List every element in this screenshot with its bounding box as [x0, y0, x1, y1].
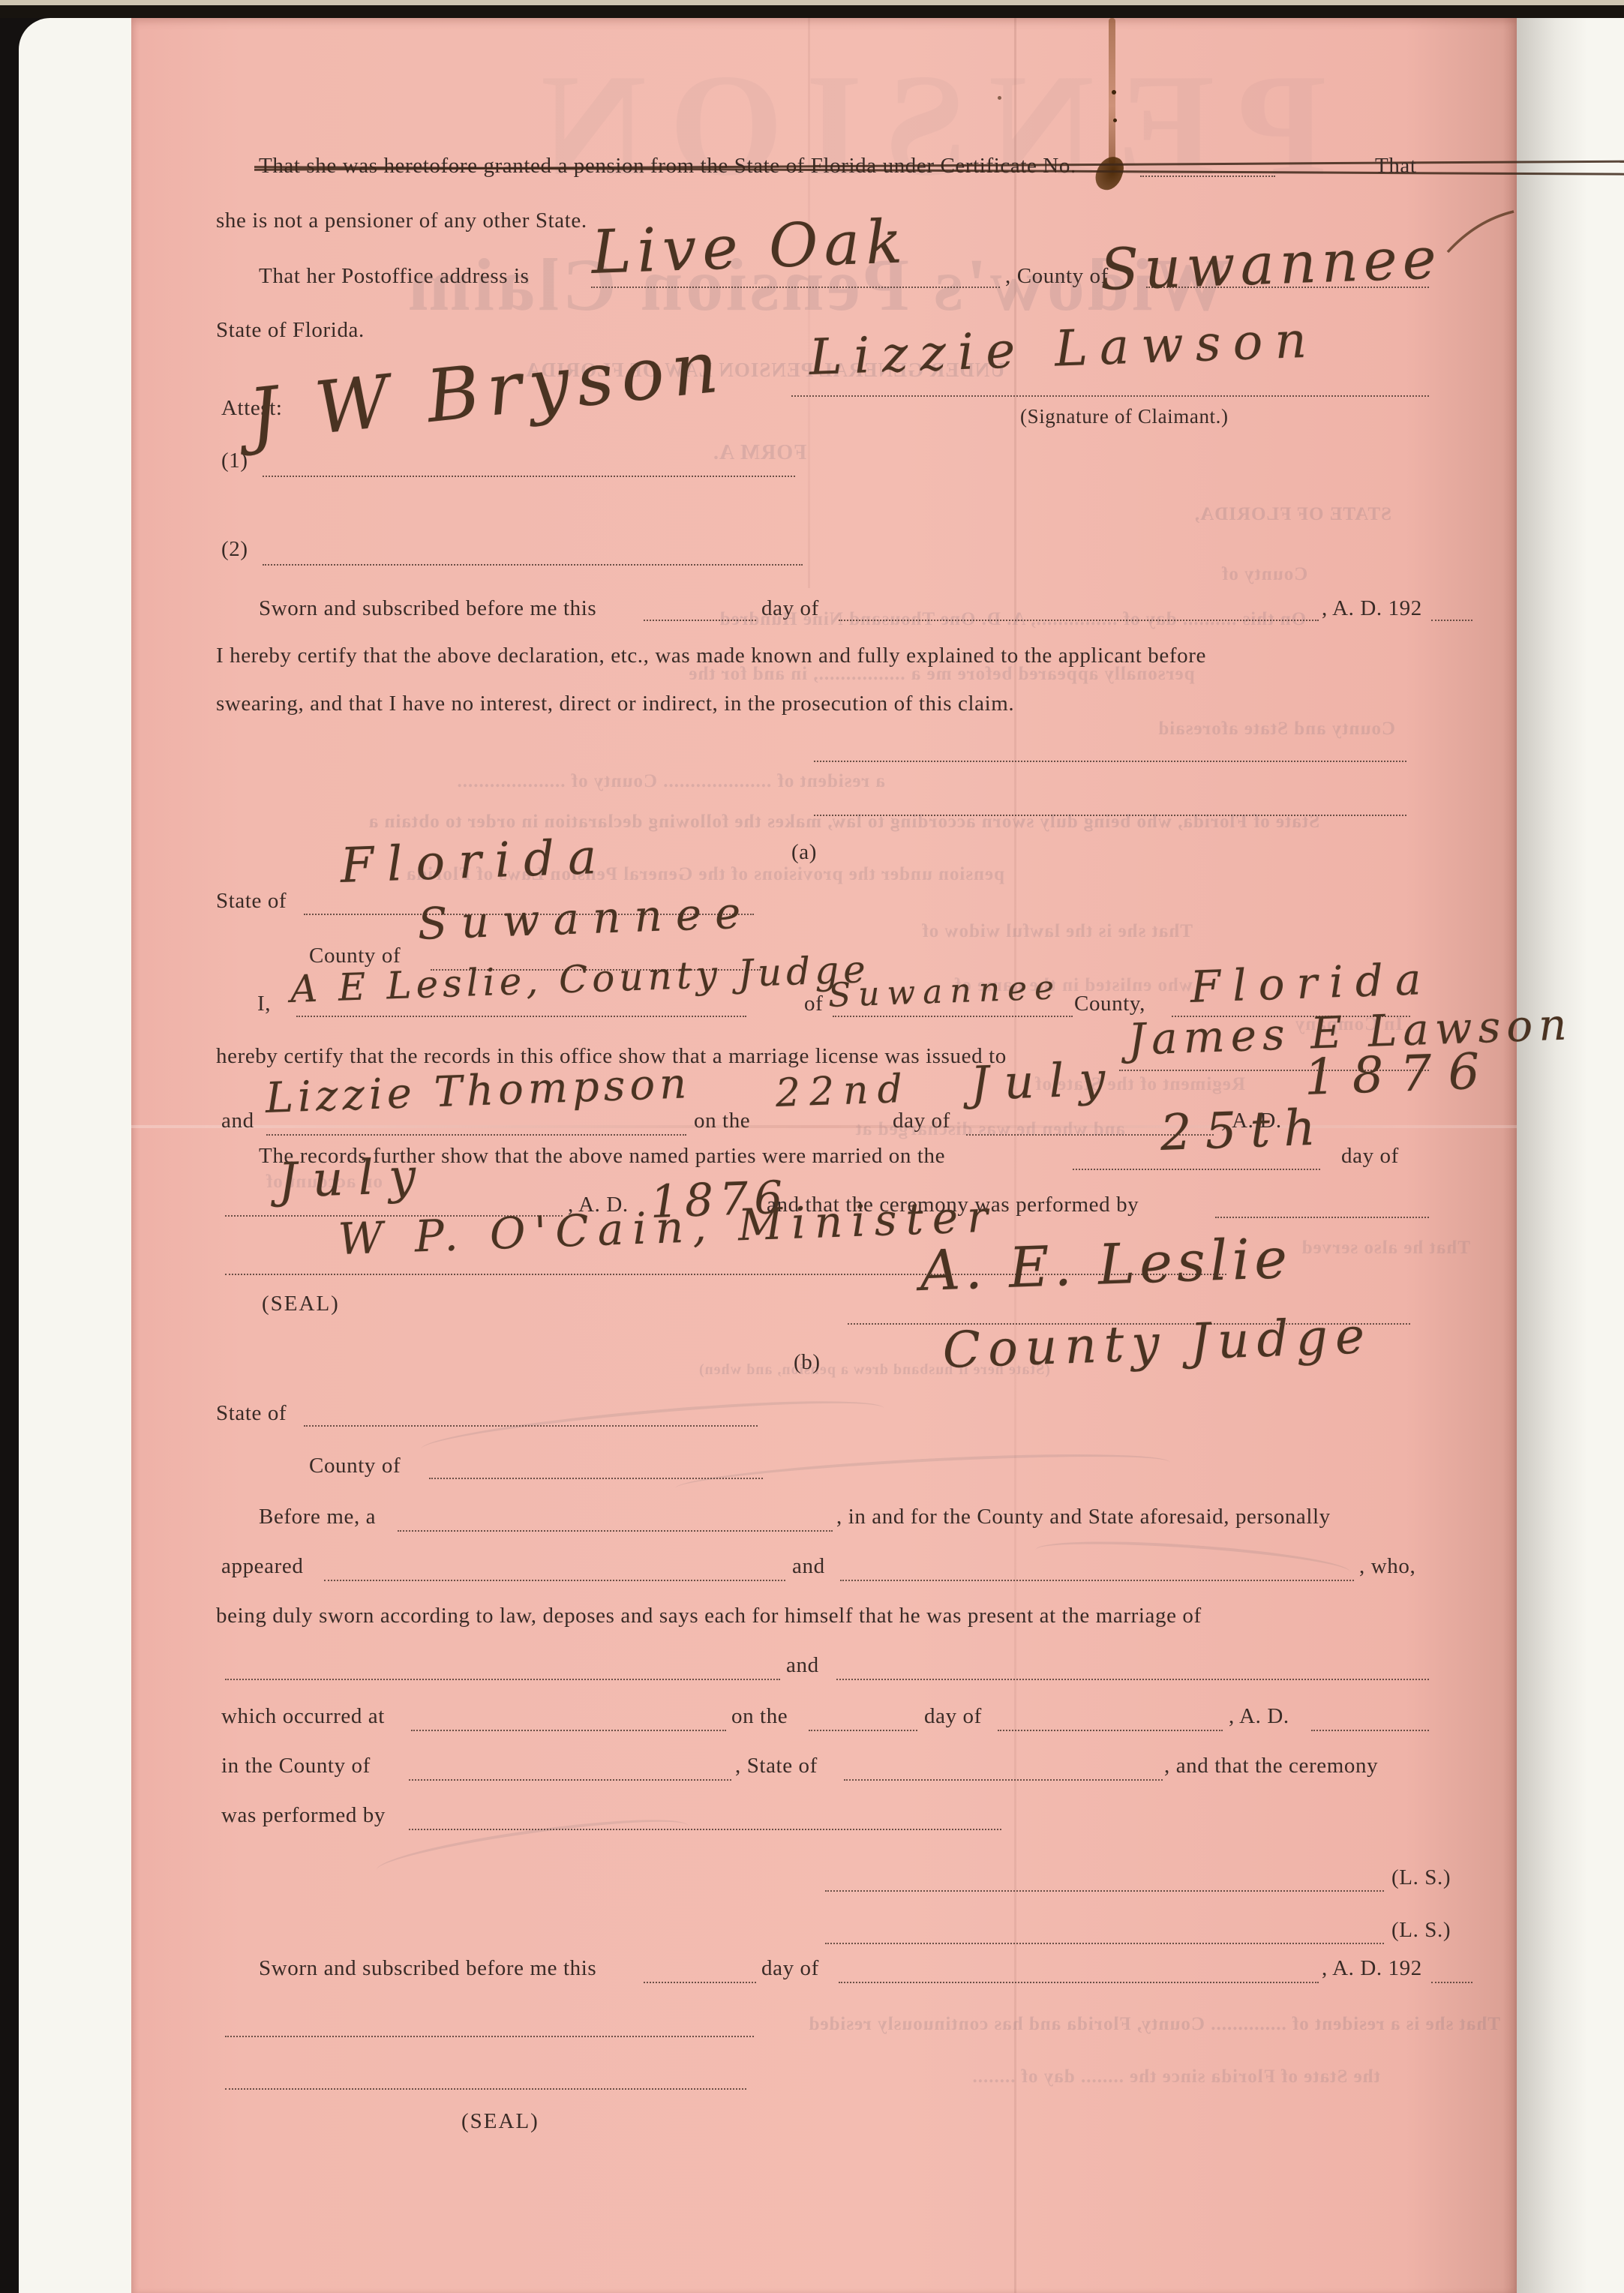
sworn-month-blank: [839, 618, 1319, 621]
b-notary-blank: [398, 1529, 833, 1532]
b-before-pre: Before me, a: [259, 1505, 376, 1529]
b-ad-label: , A. D.: [1229, 1704, 1289, 1729]
scanned-document: PENSION Widow's Pension Claim UNDER GENE…: [0, 0, 1624, 2293]
b-and-2: and: [786, 1653, 819, 1678]
a-on-the: on the: [694, 1109, 750, 1133]
b-minister-blank: [409, 1827, 1001, 1830]
attest-2-line: [263, 563, 803, 566]
b-officer-blank-1: [225, 2034, 754, 2037]
b-year-blank: [1311, 1728, 1429, 1731]
postoffice-handwriting: Live Oak: [590, 206, 909, 287]
b-state-of-label: State of: [216, 1401, 287, 1426]
bleedthrough-line: and when he was discharged at: [780, 1119, 1125, 1140]
b-occurred-label: which occurred at: [221, 1704, 385, 1729]
scan-black-border: [0, 5, 1624, 18]
b-sworn-day-of: day of: [761, 1956, 819, 1981]
officer-title-blank: [814, 813, 1406, 816]
claimant-signature-line: [791, 394, 1429, 397]
a-state-of-label: State of: [216, 889, 287, 914]
b-day-of: day of: [924, 1704, 982, 1729]
a-license-day-handwriting: 22nd: [775, 1067, 912, 1116]
a-license-month-handwriting: July: [969, 1051, 1121, 1111]
b-witness2-blank: [840, 1578, 1354, 1581]
a-judge-county-blank: [833, 1014, 1073, 1017]
sworn-day-of: day of: [761, 596, 819, 621]
b-officer-blank-2: [225, 2087, 746, 2090]
b-who-label: , who,: [1359, 1554, 1415, 1579]
b-place-blank: [411, 1728, 726, 1731]
b-deposes-text: being duly sworn according to law, depos…: [216, 1604, 1202, 1628]
officer-signature-blank: [814, 759, 1406, 762]
scan-top-strip: [0, 0, 1624, 5]
b-county2-blank: [409, 1778, 731, 1781]
b-on-the: on the: [731, 1704, 788, 1729]
stray-pen-mark: [1446, 209, 1517, 255]
b-and-1: and: [792, 1554, 825, 1579]
a-license-year-handwriting: 1876: [1303, 1042, 1497, 1106]
sworn-day-blank: [644, 618, 756, 621]
struck-certificate-clause: That she was heretofore granted a pensio…: [259, 154, 1624, 179]
b-sworn-year-blank: [1431, 1980, 1472, 1983]
b-ceremony-tail: , and that the ceremony: [1164, 1754, 1378, 1778]
b-in-county-label: in the County of: [221, 1754, 371, 1778]
a-marriage-month-handwriting: July: [277, 1148, 431, 1209]
b-county-blank: [429, 1476, 763, 1479]
ink-speck: [1113, 119, 1117, 122]
bleedthrough-giant-heading: PENSION: [360, 41, 1485, 209]
that-word: That: [1375, 154, 1417, 179]
bleedthrough-line: County and State aforesaid: [1088, 719, 1395, 740]
county-of-label: , County of: [1005, 264, 1109, 289]
ls-2-label: (L. S.): [1391, 1918, 1451, 1943]
signature-caption: (Signature of Claimant.): [1020, 405, 1229, 428]
b-month-blank: [998, 1728, 1223, 1731]
bleedthrough-state: STATE OF FLORIDA,: [1174, 504, 1391, 525]
ls-1-label: (L. S.): [1391, 1865, 1451, 1890]
b-state-of-2: , State of: [735, 1754, 818, 1778]
bleedthrough-line: the State of Florida since the ........ …: [750, 2066, 1380, 2087]
b-performed-label: was performed by: [221, 1803, 386, 1828]
sworn-subscribed-pre: Sworn and subscribed before me this: [259, 596, 596, 621]
b-sworn-ad-192: , A. D. 192: [1322, 1956, 1422, 1981]
postoffice-label: That her Postoffice address is: [259, 264, 530, 289]
a-seal-label: (SEAL): [262, 1292, 340, 1316]
a-i-label: I,: [257, 992, 271, 1016]
a-bride-blank: [266, 1133, 686, 1136]
a-judge-state-handwriting: Florida: [1190, 953, 1434, 1013]
b-sworn-month-blank: [839, 1980, 1319, 1983]
certify-line-1: I hereby certify that the above declarat…: [216, 644, 1206, 668]
ls-2-line: [825, 1941, 1384, 1944]
b-seal-label: (SEAL): [461, 2109, 539, 2134]
b-county-of-label: County of: [309, 1454, 401, 1478]
attest-1-line: [263, 474, 795, 477]
b-groom-blank: [225, 1677, 780, 1680]
ls-1-line: [825, 1889, 1384, 1892]
attest-2-label: (2): [221, 537, 248, 562]
a-day-of: day of: [893, 1109, 950, 1133]
bleedthrough-line: a resident of .................... Count…: [225, 771, 885, 792]
a-marriage-day-handwriting: 25th: [1159, 1098, 1330, 1162]
a-marriage-day-blank: [1073, 1167, 1320, 1170]
section-b-label: (b): [794, 1350, 821, 1375]
postoffice-blank: [591, 285, 1000, 288]
judge-signature: A. E. Leslie: [919, 1226, 1292, 1304]
state-of-florida-line: State of Florida.: [216, 318, 365, 343]
bleedthrough-form-a: FORM A.: [713, 441, 806, 465]
b-sworn-day-blank: [644, 1980, 756, 1983]
certificate-number-blank: [1140, 174, 1275, 177]
b-witness1-blank: [324, 1578, 785, 1581]
a-state-handwriting: Florida: [339, 829, 611, 894]
a-day-of-2: day of: [1341, 1144, 1399, 1169]
sworn-ad-192: , A. D. 192: [1322, 596, 1422, 621]
page-edge-shadow: [1517, 18, 1588, 2293]
bleedthrough-county: County of: [1221, 564, 1307, 585]
section-a-label: (a): [791, 840, 817, 865]
a-judge-county-handwriting: Suwannee: [827, 968, 1062, 1015]
a-minister-blank-right: [1215, 1215, 1429, 1218]
certify-line-2: swearing, and that I have no interest, d…: [216, 692, 1014, 716]
b-bride-blank: [836, 1677, 1429, 1680]
b-state2-blank: [844, 1778, 1163, 1781]
pensioner-clause: she is not a pensioner of any other Stat…: [216, 209, 587, 233]
b-appeared-label: appeared: [221, 1554, 303, 1579]
sworn-year-blank: [1431, 618, 1472, 621]
ink-speck: [998, 96, 1001, 100]
b-before-post: , in and for the County and State afores…: [836, 1505, 1331, 1529]
a-of-label: of: [804, 992, 823, 1016]
a-and-label: and: [221, 1109, 254, 1133]
ink-speck: [1112, 90, 1116, 95]
county-handwriting: Suwannee: [1099, 224, 1442, 303]
attest-1-label: (1): [221, 449, 248, 473]
a-county-word: County,: [1074, 992, 1145, 1016]
b-day-blank: [809, 1728, 917, 1731]
b-state-blank: [304, 1424, 758, 1427]
a-official-blank: [296, 1014, 746, 1017]
b-sworn-pre: Sworn and subscribed before me this: [259, 1956, 596, 1981]
bleedthrough-line: That she is a resident of ..............…: [750, 2014, 1500, 2035]
